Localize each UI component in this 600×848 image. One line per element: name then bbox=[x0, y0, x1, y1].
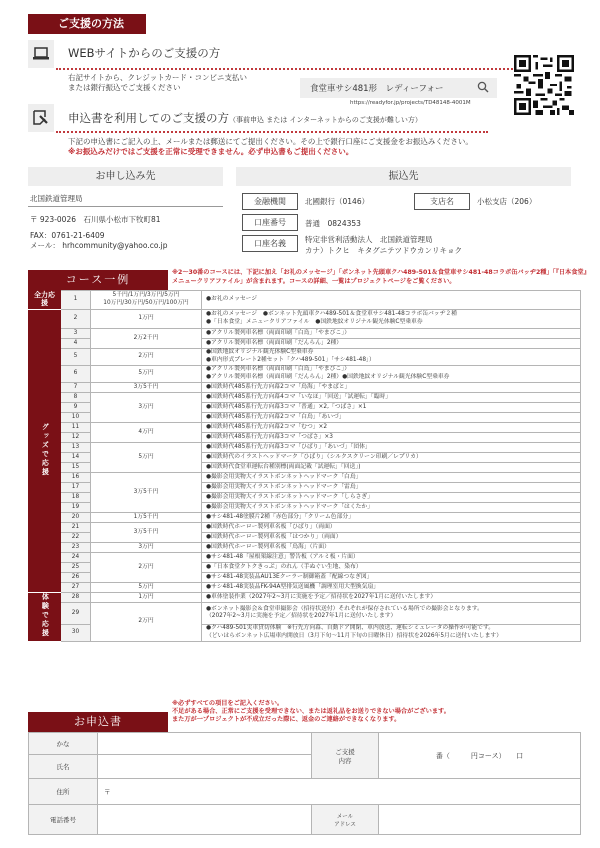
course-description: ●お礼のメッセージ bbox=[202, 291, 581, 310]
support-content-field[interactable]: 番（ 円コース） 口 bbox=[379, 733, 581, 779]
course-number: 1 bbox=[61, 291, 91, 310]
course-number: 3 bbox=[61, 329, 91, 339]
course-price: 3万円 bbox=[91, 543, 202, 553]
course-price: 3万5千円 bbox=[91, 473, 202, 513]
table-row: 全力応援15千円/1万円/3万円/5万円 10万円/30万円/50万円/100万… bbox=[29, 291, 581, 310]
course-number: 15 bbox=[61, 463, 91, 473]
course-number: 19 bbox=[61, 503, 91, 513]
project-search-box[interactable]: 食堂車サシ481形 レディーフォー bbox=[300, 78, 497, 98]
course-description: ●国鉄時代485系行先方向幕3コマ「ひばり」「あいづ」「団体」 bbox=[202, 443, 581, 453]
holder-value: 特定非営利活動法人 北国鉄道管理局 bbox=[305, 234, 433, 245]
table-row: 65万円●アクリル製列車名標（両面印刷「白鳥」「やまびこ」） ●アクリル製列車名… bbox=[29, 366, 581, 383]
table-row: 114万円●国鉄時代485系行先方向幕2コマ「むつ」×2 bbox=[29, 423, 581, 433]
form-warning: ※お振込みだけではご支援を正常に受理できません。必ず申込書もご提出ください。 bbox=[68, 147, 353, 157]
branch-value: 小松支店（206） bbox=[477, 196, 536, 207]
course-description: ●サシ481-48実装品AU13Eクーラー制御箱蓋「配線つなぎ図」 bbox=[202, 573, 581, 583]
phone-field[interactable] bbox=[98, 805, 312, 835]
divider bbox=[28, 206, 223, 207]
course-number: 24 bbox=[61, 553, 91, 563]
course-number: 12 bbox=[61, 433, 91, 443]
course-description: ●サシ481-48実装品FK-94A型排気送風機「調理室用大型換気扇」 bbox=[202, 583, 581, 593]
web-support-title: WEBサイトからのご支援の方 bbox=[68, 45, 220, 61]
dotted-divider bbox=[56, 131, 488, 133]
table-row: 135万円●国鉄時代485系行先方向幕3コマ「ひばり」「あいづ」「団体」 bbox=[29, 443, 581, 453]
transfer-dest-header: 振込先 bbox=[236, 167, 571, 186]
course-description: ●国鉄時代485系行先方向幕3コマ「普通」×2,「つばさ」×1 bbox=[202, 403, 581, 413]
course-number: 17 bbox=[61, 483, 91, 493]
course-price: 3万円 bbox=[91, 393, 202, 423]
course-price: 1万円 bbox=[91, 310, 202, 329]
course-description: ●車体塗装作業（2027年2~3月に実施を予定／招待状を2027年1月に送付いた… bbox=[202, 593, 581, 603]
course-number: 14 bbox=[61, 453, 91, 463]
kana-label: かな bbox=[29, 733, 98, 755]
course-description: ●国鉄時代485系行先方向幕2コマ「鳥海」「やまばと」 bbox=[202, 383, 581, 393]
laptop-icon bbox=[28, 40, 54, 68]
course-price: 2万円 bbox=[91, 603, 202, 642]
course-number: 21 bbox=[61, 523, 91, 533]
org-name: 北国鉄道管理局 bbox=[30, 193, 83, 204]
course-number: 10 bbox=[61, 413, 91, 423]
course-number: 5 bbox=[61, 349, 91, 366]
course-description: ●撮影会用実物大イラストボンネットヘッドマーク「しらさぎ」 bbox=[202, 493, 581, 503]
course-description: ●サシ481-48「屋根架線注意」警告板（アルミ板・片面） bbox=[202, 553, 581, 563]
course-number: 16 bbox=[61, 473, 91, 483]
table-row: グッズで応援21万円●お礼のメッセージ ●ボンネット先頭車クハ489-501＆食… bbox=[29, 310, 581, 329]
course-price: 1万円 bbox=[91, 593, 202, 603]
name-label: 氏名 bbox=[29, 755, 98, 779]
bank-value: 北國銀行（0146） bbox=[305, 196, 369, 207]
course-description: ●撮影会用実物大イラストボンネットヘッドマーク「白鳥」 bbox=[202, 473, 581, 483]
course-number: 8 bbox=[61, 393, 91, 403]
course-number: 4 bbox=[61, 339, 91, 349]
form-instruction: 下記の申込書にご記入の上、メールまたは郵送にてご提出ください。その上で銀行口座に… bbox=[68, 137, 473, 147]
email-label: メール アドレス bbox=[312, 805, 379, 835]
course-description: ●国鉄時代485系行先方向幕4コマ「いなほ」「回送」「試運転」「臨時」 bbox=[202, 393, 581, 403]
course-number: 7 bbox=[61, 383, 91, 393]
application-form-header: お申込書 bbox=[28, 712, 168, 732]
search-text: 食堂車サシ481形 レディーフォー bbox=[310, 82, 444, 94]
course-number: 26 bbox=[61, 573, 91, 583]
form-support-title: 申込書を利用してのご支援の方（事前申込 または インターネットからのご支援が難し… bbox=[68, 110, 422, 126]
course-description: ●クハ489-501実車貸切体験 ※行先方向幕、自動ドア開閉、車内放送、運転シミ… bbox=[202, 624, 581, 641]
search-icon[interactable] bbox=[477, 81, 489, 96]
course-description: ●アクリル製列車名標（両面印刷「だんらん」2種） bbox=[202, 339, 581, 349]
course-number: 11 bbox=[61, 423, 91, 433]
course-price: 5万円 bbox=[91, 366, 202, 383]
course-number: 6 bbox=[61, 366, 91, 383]
course-number: 23 bbox=[61, 543, 91, 553]
course-note: ※2〜30番のコースには、下記に加え「お礼のメッセージ」「ボンネット先頭車クハ4… bbox=[172, 268, 592, 286]
course-category: グッズで応援 bbox=[29, 310, 61, 593]
course-number: 29 bbox=[61, 603, 91, 625]
table-row: 242万円●サシ481-48「屋根架線注意」警告板（アルミ板・片面） bbox=[29, 553, 581, 563]
address-label: 住所 bbox=[29, 779, 98, 805]
account-label: 口座番号 bbox=[242, 214, 298, 231]
bank-label: 金融機関 bbox=[242, 193, 298, 210]
course-description: ●国鉄時代のイラストヘッドマーク「ひばり」（シルクスクリーン印刷／レプリカ） bbox=[202, 453, 581, 463]
course-number: 20 bbox=[61, 513, 91, 523]
application-form-table: かな ご支援 内容 番（ 円コース） 口 氏名 住所 〒 電話番号 メール アド… bbox=[28, 732, 581, 835]
course-category: 全力応援 bbox=[29, 291, 61, 310]
course-description: ●国鉄時代ホーロー製列車名板「鳥海」（片面） bbox=[202, 543, 581, 553]
table-row: 163万5千円●撮影会用実物大イラストボンネットヘッドマーク「白鳥」 bbox=[29, 473, 581, 483]
course-description: ●撮影会用実物大イラストボンネットヘッドマーク「雷鳥」 bbox=[202, 483, 581, 493]
course-description: ●国鉄時代食堂車運転台種別標(両面記載「試運転」「回送」) bbox=[202, 463, 581, 473]
course-price: 5千円/1万円/3万円/5万円 10万円/30万円/50万円/100万円 bbox=[91, 291, 202, 310]
course-number: 25 bbox=[61, 563, 91, 573]
kana-field[interactable] bbox=[98, 733, 312, 755]
name-field[interactable] bbox=[98, 755, 312, 779]
course-description: ●「日本食堂クトクきっぷ」のれん（手ぬぐい生地、染布） bbox=[202, 563, 581, 573]
branch-label: 支店名 bbox=[414, 193, 470, 210]
course-category: 体験で応援 bbox=[29, 593, 61, 642]
table-row: 32万2千円●アクリル製列車名標（両面印刷「白鳥」「やまびこ」） bbox=[29, 329, 581, 339]
course-number: 30 bbox=[61, 624, 91, 641]
course-description: ●国鉄時代485系行先方向幕2コマ「白鳥」「あいづ」 bbox=[202, 413, 581, 423]
course-table: 全力応援15千円/1万円/3万円/5万円 10万円/30万円/50万円/100万… bbox=[28, 290, 581, 642]
course-description: ●アクリル製列車名標（両面印刷「白鳥」「やまびこ」） ●アクリル製列車名標（両面… bbox=[202, 366, 581, 383]
email-field[interactable] bbox=[379, 805, 581, 835]
course-number: 18 bbox=[61, 493, 91, 503]
qr-code-icon[interactable] bbox=[514, 55, 574, 115]
table-row: 83万円●国鉄時代485系行先方向幕4コマ「いなほ」「回送」「試運転」「臨時」 bbox=[29, 393, 581, 403]
holder-label: 口座名義 bbox=[242, 235, 298, 252]
course-price: 5万円 bbox=[91, 583, 202, 593]
dotted-divider bbox=[56, 68, 516, 70]
form-pen-icon bbox=[28, 104, 54, 132]
application-dest-header: お申し込み先 bbox=[28, 167, 223, 186]
table-row: 52万円●国鉄地紋オリジナル観光体験C型乗車券 ●車内形式プレート2種セット「ク… bbox=[29, 349, 581, 366]
form-support-title-note: （事前申込 または インターネットからのご支援が難しい方） bbox=[229, 116, 422, 124]
course-description: ●国鉄時代485系行先方向幕3コマ「つばさ」×3 bbox=[202, 433, 581, 443]
table-row: 201万5千円●サシ481-48塗膜片2種「赤色部分」「クリーム色部分」 bbox=[29, 513, 581, 523]
course-number: 22 bbox=[61, 533, 91, 543]
table-row: 体験で応援281万円●車体塗装作業（2027年2~3月に実施を予定／招待状を20… bbox=[29, 593, 581, 603]
course-description: ●国鉄時代ホーロー製列車名板「ひばり」（両面） bbox=[202, 523, 581, 533]
holder-kana: カナ）トクヒ キタグニテツドウカンリキョク bbox=[305, 245, 462, 256]
course-description: ●サシ481-48塗膜片2種「赤色部分」「クリーム色部分」 bbox=[202, 513, 581, 523]
course-number: 28 bbox=[61, 593, 91, 603]
course-description: ●国鉄時代ホーロー製列車名板「はつかり」（両面） bbox=[202, 533, 581, 543]
account-value: 普通 0824353 bbox=[305, 218, 361, 229]
support-content-label: ご支援 内容 bbox=[312, 733, 379, 779]
course-price: 3万5千円 bbox=[91, 383, 202, 393]
support-method-header: ご支援の方法 bbox=[28, 14, 146, 34]
table-row: 292万円●ボンネット撮影会＆食堂車撮影会（招待状送付）それぞれが保存されている… bbox=[29, 603, 581, 625]
course-price: 5万円 bbox=[91, 443, 202, 473]
course-description: ●お礼のメッセージ ●ボンネット先頭車クハ489-501＆食堂車サシ481-48… bbox=[202, 310, 581, 329]
table-row: 275万円●サシ481-48実装品FK-94A型排気送風機「調理室用大型換気扇」 bbox=[29, 583, 581, 593]
course-price: 2万円 bbox=[91, 553, 202, 583]
course-price: 2万2千円 bbox=[91, 329, 202, 349]
course-description: ●国鉄地紋オリジナル観光体験C型乗車券 ●車内形式プレート2種セット「クハ489… bbox=[202, 349, 581, 366]
phone-label: 電話番号 bbox=[29, 805, 98, 835]
org-address: 〒 923-0026 石川県小松市下牧町81 bbox=[30, 214, 161, 225]
application-form-notes: ※必ずすべての項目をご記入ください。 不足がある場合、正常にご支援を受理できない… bbox=[172, 700, 592, 724]
table-row: 233万円●国鉄時代ホーロー製列車名板「鳥海」（片面） bbox=[29, 543, 581, 553]
web-support-description: 右記サイトから、クレジットカード・コンビニ支払い または銀行振込でご支援ください bbox=[68, 73, 247, 93]
course-description: ●国鉄時代485系行先方向幕2コマ「むつ」×2 bbox=[202, 423, 581, 433]
course-description: ●アクリル製列車名標（両面印刷「白鳥」「やまびこ」） bbox=[202, 329, 581, 339]
course-number: 27 bbox=[61, 583, 91, 593]
course-price: 4万円 bbox=[91, 423, 202, 443]
table-row: 213万5千円●国鉄時代ホーロー製列車名板「ひばり」（両面） bbox=[29, 523, 581, 533]
course-price: 2万円 bbox=[91, 349, 202, 366]
course-number: 9 bbox=[61, 403, 91, 413]
course-number: 2 bbox=[61, 310, 91, 329]
course-header: コース一例 bbox=[28, 270, 168, 290]
course-description: ●撮影会用実物大イラストボンネットヘッドマーク「はくたか」 bbox=[202, 503, 581, 513]
org-email[interactable]: メール： hrhcommunity@yahoo.co.jp bbox=[30, 240, 168, 251]
address-field[interactable]: 〒 bbox=[98, 779, 581, 805]
project-url[interactable]: https://readyfor.jp/projects/TD48148-400… bbox=[350, 100, 471, 106]
table-row: 73万5千円●国鉄時代485系行先方向幕2コマ「鳥海」「やまばと」 bbox=[29, 383, 581, 393]
course-number: 13 bbox=[61, 443, 91, 453]
course-price: 3万5千円 bbox=[91, 523, 202, 543]
course-price: 1万5千円 bbox=[91, 513, 202, 523]
course-description: ●ボンネット撮影会＆食堂車撮影会（招待状送付）それぞれが保存されている場所での撮… bbox=[202, 603, 581, 625]
